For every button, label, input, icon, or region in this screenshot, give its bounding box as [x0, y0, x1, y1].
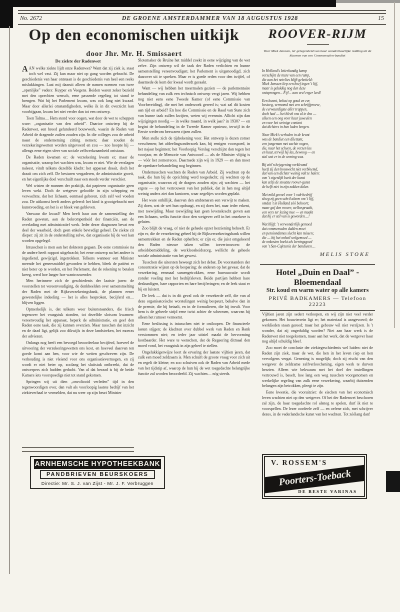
newspaper-page: No. 2672 DE GROENE AMSTERDAMMER VAN 18 A…: [0, 0, 400, 612]
article-title: Op den economischen uitkijk: [18, 27, 250, 45]
journal-title: DE GROENE AMSTERDAMMER VAN 18 AUGUSTUS 1…: [122, 16, 298, 22]
article-paragraph: Wel wisten de mannen der praktijk, dat p…: [22, 183, 134, 210]
tobacco-ad-tagline: DE BESTE VARINAS: [298, 489, 357, 494]
page-number: 15: [378, 16, 384, 22]
tobacco-ad-frame: V. ROSSEM'S Poorters-Toeback DE BESTE VA…: [264, 456, 365, 497]
poem-stanza: In Holland's letterkundig kamp verschijn…: [262, 69, 373, 95]
article-paragraph: Toen Talma.... Hem stond voor oogen, wat…: [22, 116, 134, 154]
article-paragraph: Ongelukkigerwijze leert de ervaring der …: [138, 350, 250, 377]
poem-stanzas: In Holland's letterkundig kamp verschijn…: [262, 69, 373, 249]
issue-number: No. 2672: [20, 16, 42, 22]
poem-stanza: Met mild gevoel voor 't vak-bedrijf sloe…: [262, 193, 373, 219]
hotel-ad: Hotel „Duin en Daal” - Bloemendaal Str. …: [260, 264, 375, 311]
scan-edge-corner: [0, 0, 13, 28]
masthead-bottom-rule: [18, 24, 386, 25]
article-paragraph: Het ware onbillijk, daarvan den ambtenar…: [138, 198, 250, 225]
scan-edge-right-line: [394, 2, 395, 328]
bank-ad: ARNHEMSCHE HYPOTHEEKBANK PANDBRIEVEN BEU…: [30, 456, 165, 489]
poem-stanza: Naar Miek's verhalen in de krant was de …: [262, 133, 373, 159]
article-paragraph: Want — wij hebben het meermalen gezien —…: [138, 86, 250, 135]
article-paragraph: Eene kwestie, die vooruitziet: de eische…: [262, 390, 373, 417]
article-paragraph: Men stelle zich de tijdrekening voor. He…: [138, 136, 250, 169]
column1-paragraphs: AAN welke ziekte lijdt onze Radenwet? Wa…: [22, 66, 134, 396]
poem-stanza: Een kwant, belust op goud en eer, bestee…: [262, 99, 373, 130]
scan-edge-top-fade: [336, 0, 400, 3]
poem-title: ROOVER-RIJM: [262, 26, 373, 42]
article-paragraph: De leek — dat is in dit geval ook de ver…: [138, 293, 250, 320]
column2-paragraphs: Slotemaker de Bruïne het middel zoekt in…: [138, 58, 250, 377]
article-paragraph: Vanwaar die kwaal? Men heeft haar aan de…: [22, 211, 134, 244]
hotel-ad-top-rule: [260, 264, 375, 265]
article-paragraph: Slotemaker de Bruïne het middel zoekt in…: [138, 58, 250, 85]
section-heading: De ziekte der Radenwet: [22, 58, 134, 64]
article-paragraph: Onlangs nog heeft een bevoegd beoordeela…: [22, 341, 134, 379]
article-paragraph: AAN welke ziekte lijdt onze Radenwet? Wa…: [22, 66, 134, 115]
poem-body: In Holland's letterkundig kamp verschijn…: [262, 69, 373, 250]
bank-ad-product: PANDBRIEVEN BEURSKOERS: [40, 470, 155, 479]
tobacco-ad: V. ROSSEM'S Poorters-Toeback DE BESTE VA…: [262, 454, 367, 499]
article-column-1: De ziekte der Radenwet AAN welke ziekte …: [22, 58, 134, 444]
hotel-ad-bottom-rule: [260, 310, 375, 311]
tobacco-ad-brand: V. ROSSEM'S: [271, 459, 327, 467]
article-byline: door Jhr. Mr. H. Smissaert: [18, 49, 250, 58]
article-paragraph: Zoo moet de conclusie der ziektegeschied…: [262, 346, 373, 390]
masthead: No. 2672 DE GROENE AMSTERDAMMER VAN 18 A…: [18, 10, 386, 25]
bank-ad-name: ARNHEMSCHE HYPOTHEEKBANK: [34, 459, 161, 469]
scan-ink-blob: [386, 471, 400, 492]
hotel-ad-name: Hotel „Duin en Daal” - Bloemendaal: [260, 267, 375, 287]
hotel-ad-contact: PRIVÉ BADKAMERS — Telefoon 22223: [260, 296, 375, 308]
article-paragraph: Ondertusschen wachten de Raden van Arbei…: [138, 170, 250, 197]
poem-stanza: Wat blijft: 't verwonderlijk gemoed dat …: [262, 223, 373, 249]
article-paragraph: Springen wij uit dien „onvoltooid verled…: [22, 380, 134, 396]
poem-title-rule: [307, 44, 329, 45]
scan-edge-left-line: [9, 26, 10, 574]
bank-ad-separator-rule: [22, 447, 134, 452]
scan-edge-top: [0, 0, 336, 7]
article-paragraph: Opmerkelijk is, dat telkens weer buitens…: [22, 307, 134, 340]
poem-epigraph: Voor Miek Janssen, ter gelegenheid van h…: [262, 49, 373, 58]
hotel-ad-feature: Str. koud en warm water op alle kamers: [260, 288, 375, 294]
poem-epigraph-box: Voor Miek Janssen, ter gelegenheid van h…: [262, 49, 373, 67]
article-column-2: Slotemaker de Bruïne het middel zoekt in…: [138, 58, 250, 502]
article-paragraph: Vijftien jaren zijn sedert verloopen, en…: [262, 312, 373, 345]
article-paragraph: Eene beslissing is intusschen niet te on…: [138, 322, 250, 349]
poem-signature: MELIS STOKE: [262, 252, 370, 258]
article-paragraph: Zoo blijft de vraag, of niet de geheele …: [138, 226, 250, 259]
column3-paragraphs: Vijftien jaren zijn sedert verloopen, en…: [262, 312, 373, 417]
article-paragraph: Men herinnere zich de geschiedenis der l…: [22, 279, 134, 306]
bank-ad-directors: Directie: Mr. S. J. van Zijst - Mr. J. F…: [34, 481, 161, 486]
article-paragraph: De Raden kwamen er; de verzekering kwam …: [22, 155, 134, 182]
article-paragraph: Tusschen die uitersten beweegt zich het …: [138, 260, 250, 293]
article-column-3: Vijftien jaren zijn sedert verloopen, en…: [262, 312, 373, 450]
poem-stanza: Bij zóó'n bejegening verkleumd heeft zij…: [262, 163, 373, 189]
article-paragraph: Intusschen is men aan het dokteren gegaa…: [22, 245, 134, 278]
